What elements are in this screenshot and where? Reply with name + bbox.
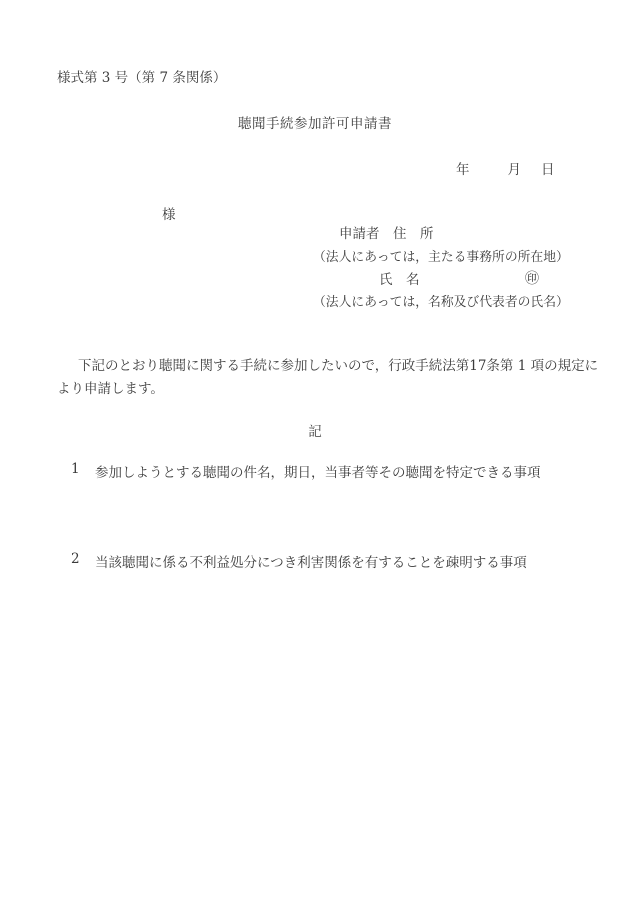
applicant-address-note: （法人にあっては，主たる事務所の所在地） [313,246,569,265]
date-year-label: 年 [456,162,470,178]
item-1-text: 参加しようとする聴聞の件名，期日，当事者等その聴聞を特定できる事項 [95,461,541,481]
item-2-number: 2 [71,551,95,571]
document-title: 聴聞手続参加許可申請書 [0,112,630,132]
applicant-name-label: 氏 名 [379,272,420,288]
applicant-name-line: 氏 名 ㊞ [313,268,575,288]
seal-mark-icon: ㊞ [525,268,539,288]
statement-line-1: 下記のとおり聴聞に関する手続に参加したいので，行政手続法第17条第 1 項の規定… [57,355,577,378]
applicant-address-label: 申請者 住 所 [339,222,434,242]
statement-line-2: より申請します。 [57,378,577,401]
applicant-block: 申請者 住 所 （法人にあっては，主たる事務所の所在地） 氏 名 ㊞ （法人にあ… [313,222,575,312]
list-item-2: 2 当該聴聞に係る不利益処分につき利害関係を有することを疎明する事項 [71,551,527,571]
item-2-text: 当該聴聞に係る不利益処分につき利害関係を有することを疎明する事項 [95,551,527,571]
date-line: 年月日 [456,158,555,178]
date-day-label: 日 [541,162,555,178]
applicant-name-note: （法人にあっては，名称及び代表者の氏名） [313,291,569,310]
item-1-number: 1 [71,461,95,481]
document-page: 様式第 3 号（第 7 条関係） 聴聞手続参加許可申請書 年月日 様 申請者 住… [0,0,630,915]
addressee-honorific: 様 [162,203,176,223]
application-statement: 下記のとおり聴聞に関する手続に参加したいので，行政手続法第17条第 1 項の規定… [57,355,577,401]
date-month-label: 月 [508,162,522,178]
section-marker: 記 [0,420,630,440]
list-item-1: 1 参加しようとする聴聞の件名，期日，当事者等その聴聞を特定できる事項 [71,461,541,481]
form-number: 様式第 3 号（第 7 条関係） [57,66,226,86]
